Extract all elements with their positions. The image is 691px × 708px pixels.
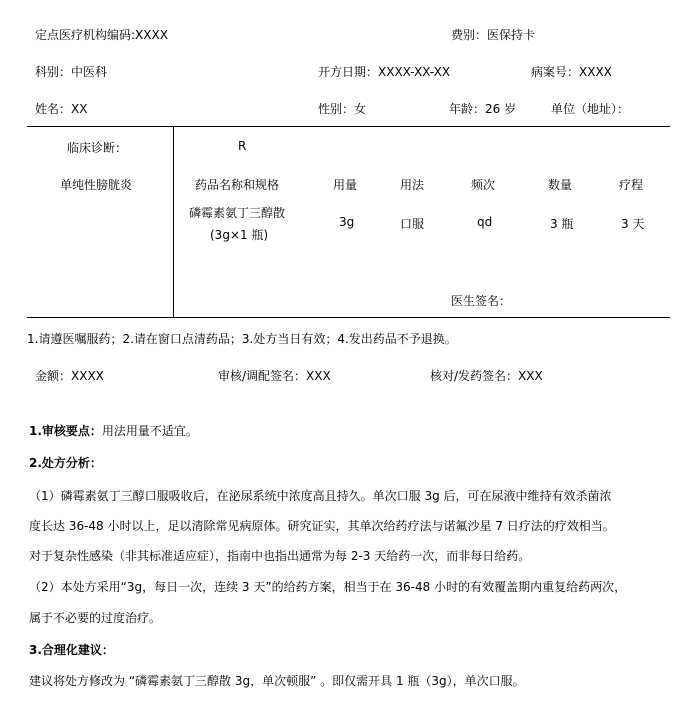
prescription-date: 开方日期：XXXX-XX-XX: [318, 63, 450, 80]
column-header-frequency: 频次: [471, 176, 495, 193]
drug-duration: 3 天: [621, 215, 644, 232]
analysis-line-4: （2）本处方采用“3g，每日一次，连续 3 天”的给药方案，相当于在 36-48…: [29, 578, 626, 595]
table-column-divider: [173, 126, 174, 317]
diagnosis-label: 临床诊断：: [67, 139, 127, 156]
drug-frequency: qd: [477, 215, 492, 229]
patient-name: 姓名：XX: [35, 100, 87, 117]
patient-age: 年龄：26 岁: [449, 100, 516, 117]
drug-name: 磷霉素氨丁三醇散: [189, 204, 285, 221]
institution-code: 定点医疗机构编码:XXXX: [35, 26, 168, 43]
diagnosis-value: 单纯性膀胱炎: [60, 176, 132, 193]
column-header-drug: 药品名称和规格: [195, 176, 279, 193]
analysis-line-1: （1）磷霉素氨丁三醇口服吸收后，在泌尿系统中浓度高且持久。单次口服 3g 后，可…: [29, 487, 612, 504]
section1-text: 用法用量不适宜。: [102, 424, 198, 438]
rx-symbol: R: [238, 139, 246, 153]
analysis-line-2: 度长达 36-48 小时以上，足以清除常见病原体。研究证实，其单次给药疗法与诺氟…: [29, 517, 615, 534]
column-header-route: 用法: [400, 176, 424, 193]
table-bottom-border: [27, 317, 670, 318]
patient-gender: 性别：女: [318, 100, 366, 117]
amount: 金额：XXXX: [35, 367, 104, 384]
fee-type: 费别：医保持卡: [451, 26, 535, 43]
department: 科别：中医科: [35, 63, 107, 80]
section3-text: 建议将处方修改为 “磷霉素氨丁三醇散 3g，单次顿服” 。即仅需开具 1 瓶（3…: [29, 672, 525, 689]
check-signature: 核对/发药签名：XXX: [430, 367, 543, 384]
case-number: 病案号：XXXX: [531, 63, 612, 80]
notice-text: 1.请遵医嘱服药；2.请在窗口点清药品；3.处方当日有效；4.发出药品不予退换。: [27, 330, 457, 347]
drug-spec: (3g×1 瓶): [210, 226, 268, 243]
section-audit-points: 1.审核要点：用法用量不适宜。: [29, 422, 198, 439]
review-signature: 审核/调配签名：XXX: [218, 367, 331, 384]
drug-quantity: 3 瓶: [550, 215, 573, 232]
section1-title: 1.审核要点：: [29, 424, 102, 438]
doctor-signature-label: 医生签名：: [451, 292, 511, 309]
section3-title: 3.合理化建议：: [29, 641, 114, 658]
column-header-quantity: 数量: [548, 176, 572, 193]
drug-route: 口服: [400, 215, 424, 232]
column-header-dose: 用量: [333, 176, 357, 193]
analysis-line-5: 属于不必要的过度治疗。: [29, 609, 161, 626]
column-header-duration: 疗程: [619, 176, 643, 193]
section2-title: 2.处方分析：: [29, 454, 102, 471]
analysis-line-3: 对于复杂性感染（非其标准适应症），指南中也指出通常为每 2-3 天给药一次，而非…: [29, 547, 530, 564]
drug-dose: 3g: [339, 215, 354, 229]
table-top-border: [27, 126, 670, 127]
unit-address: 单位（地址）：: [551, 100, 629, 117]
